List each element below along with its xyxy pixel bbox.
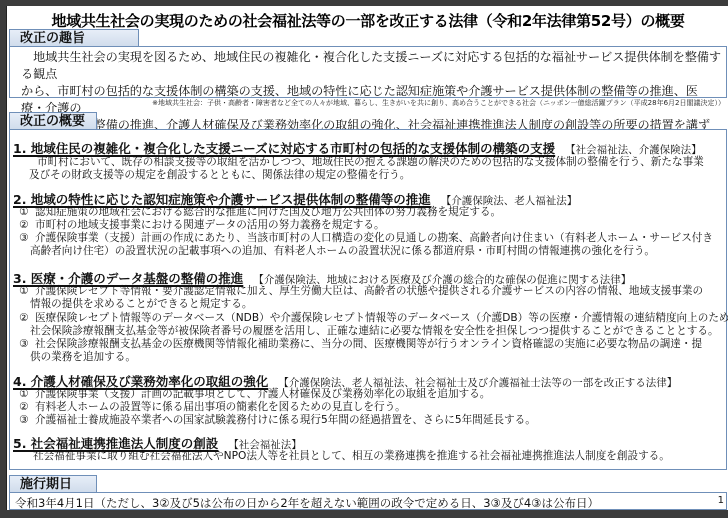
purpose-line: 地域共生社会の実現を図るため、地域住民の複雑化・複合化した支援ニーズに対応する包… xyxy=(21,49,721,83)
purpose-tab-label: 改正の趣旨 xyxy=(9,29,139,47)
section-5-line: 社会福祉事業に取り組む社会福祉法人やNPO法人等を社員として、相互の業務連携を推… xyxy=(33,450,670,463)
section-4-item-2: ②有料老人ホームの設置等に係る届出事項の簡素化を図るための見直しを行う。 xyxy=(19,401,406,414)
overview-tab-label: 改正の概要 xyxy=(9,112,97,130)
section-2-item-3: ③介護保険事業（支援）計画の作成にあたり、当該市町村の人口構造の変化の見通しの勘… xyxy=(19,232,713,258)
section-3-item-1: ①介護保険レセプト等情報・要介護認定情報に加え、厚生労働大臣は、高齢者の状態や提… xyxy=(19,285,703,311)
section-2-item-1: ①認知症施策の地域社会における総合的な推進に向けた国及び地方公共団体の努力義務を… xyxy=(19,206,501,219)
section-1-laws: 【社会福祉法、介護保険法】 xyxy=(565,144,702,156)
section-1-heading: 1. 地域住民の複雑化・複合化した支援ニーズに対応する市町村の包括的な支援体制の… xyxy=(13,139,702,157)
section-3-item-3: ③社会保険診療報酬支払基金の医療機関等情報化補助業務に、当分の間、医療機関等が行… xyxy=(19,338,702,364)
section-3-item-2: ②医療保険レセプト情報等のデータベース（NDB）や介護保険レセプト情報等のデータ… xyxy=(19,312,728,338)
section-1-line: 及びその財政支援等の規定を創設するとともに、関係法律の規定の整備を行う。 xyxy=(29,169,410,182)
page-number: 1 xyxy=(718,495,724,506)
document-page: 地域共生社会の実現のための社会福祉法等の一部を改正する法律（令和2年法律第52号… xyxy=(6,6,728,510)
effective-date-tab-label: 施行期日 xyxy=(9,475,97,493)
page-title: 地域共生社会の実現のための社会福祉法等の一部を改正する法律（令和2年法律第52号… xyxy=(7,10,728,31)
section-4-item-3: ③介護福祉士養成施設卒業者への国家試験義務付けに係る現行5年間の経過措置を、さら… xyxy=(19,414,536,427)
section-1-line: 市町村において、既存の相談支援等の取組を活かしつつ、地域住民の抱える課題の解決の… xyxy=(37,156,704,169)
effective-date-text: 令和3年4月1日（ただし、3②及び5は公布の日から2年を超えない範囲の政令で定め… xyxy=(15,495,599,511)
section-2-item-2: ②市町村の地域支援事業における関連データの活用の努力義務を規定する。 xyxy=(19,219,385,232)
footnote: ※地域共生社会：子供・高齢者・障害者など全ての人々が地域、暮らし、生きがいを共に… xyxy=(7,98,725,108)
section-4-item-1: ①介護保険事業（支援）計画の記載事項として、介護人材確保及び業務効率化の取組を追… xyxy=(19,388,490,401)
